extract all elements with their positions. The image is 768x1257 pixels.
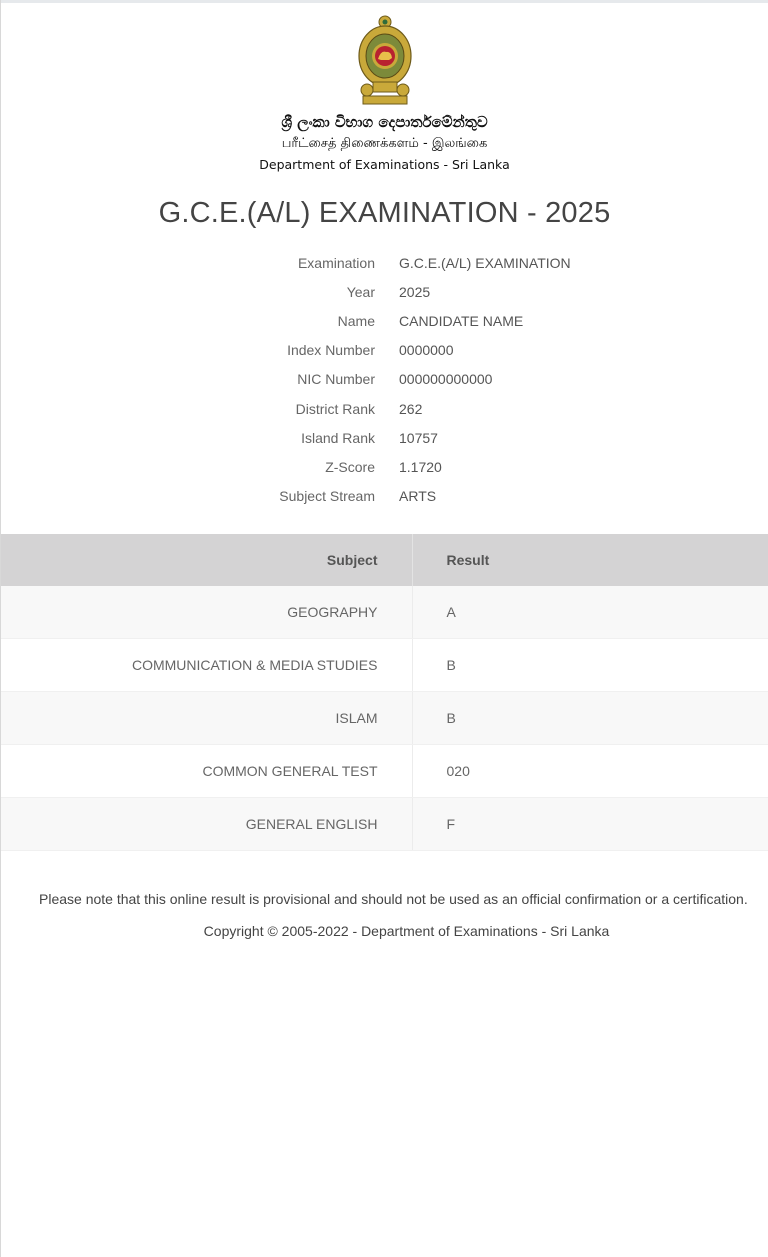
detail-row-year: Year2025 xyxy=(1,277,768,306)
table-row: COMMON GENERAL TEST020 xyxy=(1,744,768,797)
detail-label: Examination xyxy=(1,248,399,277)
detail-label: Subject Stream xyxy=(1,482,399,511)
detail-label: District Rank xyxy=(1,394,399,423)
result-cell: 020 xyxy=(412,744,768,797)
provisional-notice: Please note that this online result is p… xyxy=(1,891,768,907)
results-table: Subject Result GEOGRAPHYACOMMUNICATION &… xyxy=(1,534,768,851)
detail-row-nic-number: NIC Number000000000000 xyxy=(1,365,768,394)
detail-row-z-score: Z-Score1.1720 xyxy=(1,452,768,481)
sri-lanka-coat-of-arms-icon xyxy=(355,14,415,106)
detail-value: ARTS xyxy=(399,482,768,511)
detail-label: Year xyxy=(1,277,399,306)
subject-cell: COMMUNICATION & MEDIA STUDIES xyxy=(1,638,412,691)
results-header-row: Subject Result xyxy=(1,534,768,586)
page-title: G.C.E.(A/L) EXAMINATION - 2025 xyxy=(1,197,768,230)
subject-cell: COMMON GENERAL TEST xyxy=(1,744,412,797)
detail-value: 000000000000 xyxy=(399,365,768,394)
result-column-header: Result xyxy=(412,534,768,586)
detail-value: 10757 xyxy=(399,423,768,452)
detail-value: 2025 xyxy=(399,277,768,306)
result-cell: B xyxy=(412,691,768,744)
detail-row-index-number: Index Number0000000 xyxy=(1,336,768,365)
detail-row-island-rank: Island Rank10757 xyxy=(1,423,768,452)
page-header: ශ්‍රී ලංකා විභාග දෙපාර්තමේන්තුව பரீட்சைத… xyxy=(1,0,768,175)
table-row: ISLAMB xyxy=(1,691,768,744)
detail-label: Island Rank xyxy=(1,423,399,452)
candidate-details: ExaminationG.C.E.(A/L) EXAMINATIONYear20… xyxy=(1,248,768,511)
detail-row-examination: ExaminationG.C.E.(A/L) EXAMINATION xyxy=(1,248,768,277)
detail-label: NIC Number xyxy=(1,365,399,394)
detail-row-subject-stream: Subject StreamARTS xyxy=(1,482,768,511)
subject-cell: GENERAL ENGLISH xyxy=(1,797,412,850)
detail-value: 0000000 xyxy=(399,336,768,365)
department-name-sinhala: ශ්‍රී ලංකා විභාග දෙපාර්තමේන්තුව xyxy=(1,112,768,133)
detail-value: CANDIDATE NAME xyxy=(399,306,768,335)
result-cell: A xyxy=(412,586,768,639)
detail-value: 1.1720 xyxy=(399,452,768,481)
table-row: GENERAL ENGLISHF xyxy=(1,797,768,850)
result-cell: B xyxy=(412,638,768,691)
department-name-english: Department of Examinations - Sri Lanka xyxy=(1,154,768,175)
table-row: GEOGRAPHYA xyxy=(1,586,768,639)
department-name-tamil: பரீட்சைத் திணைக்களம் - இலங்கை xyxy=(1,133,768,154)
result-cell: F xyxy=(412,797,768,850)
subject-column-header: Subject xyxy=(1,534,412,586)
subject-cell: GEOGRAPHY xyxy=(1,586,412,639)
copyright-text: Copyright © 2005-2022 - Department of Ex… xyxy=(1,923,768,939)
top-border xyxy=(1,0,768,3)
detail-row-district-rank: District Rank262 xyxy=(1,394,768,423)
detail-row-name: NameCANDIDATE NAME xyxy=(1,306,768,335)
subject-cell: ISLAM xyxy=(1,691,412,744)
detail-label: Name xyxy=(1,306,399,335)
table-row: COMMUNICATION & MEDIA STUDIESB xyxy=(1,638,768,691)
detail-label: Index Number xyxy=(1,336,399,365)
detail-value: 262 xyxy=(399,394,768,423)
detail-value: G.C.E.(A/L) EXAMINATION xyxy=(399,248,768,277)
detail-label: Z-Score xyxy=(1,452,399,481)
